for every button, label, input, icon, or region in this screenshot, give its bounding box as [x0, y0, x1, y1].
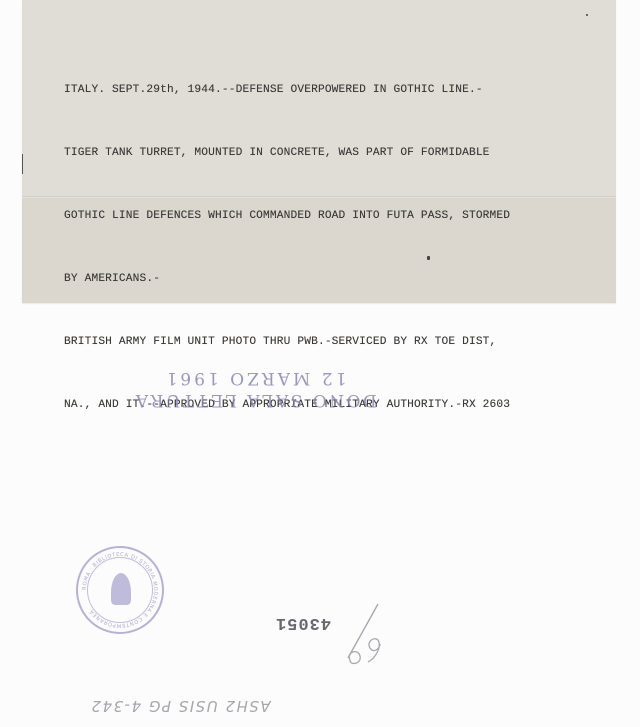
- caption-line: BY AMERICANS.-: [64, 269, 624, 290]
- document-page: ITALY. SEPT.29th, 1944.--DEFENSE OVERPOW…: [0, 0, 640, 727]
- stamp-line-2: 12 MARZO 1961: [130, 367, 380, 389]
- caption-slip: ITALY. SEPT.29th, 1944.--DEFENSE OVERPOW…: [22, 0, 616, 303]
- caption-line: BRITISH ARMY FILM UNIT PHOTO THRU PWB.-S…: [64, 332, 624, 353]
- caption-line: TIGER TANK TURRET, MOUNTED IN CONCRETE, …: [64, 143, 624, 164]
- ink-speck: [586, 14, 588, 16]
- edge-mark: [22, 154, 23, 174]
- caption-line: GOTHIC LINE DEFENCES WHICH COMMANDED ROA…: [64, 206, 624, 227]
- inverted-pencil-note: ASH2 USIS PG 4-342: [90, 697, 271, 715]
- pencil-mark-68-icon: [338, 600, 388, 670]
- caption-line: ITALY. SEPT.29th, 1944.--DEFENSE OVERPOW…: [64, 80, 624, 101]
- stamp-emblem-icon: [111, 573, 131, 605]
- inverted-archive-number: 43051: [275, 613, 331, 632]
- inverted-donation-stamp: DONO SALA LETTURA 12 MARZO 1961: [130, 355, 380, 411]
- ink-speck: [427, 256, 430, 260]
- stamp-line-1: DONO SALA LETTURA: [130, 389, 380, 411]
- library-round-stamp: ROMA · BIBLIOTECA DI STORIA MODERNA E CO…: [76, 546, 164, 634]
